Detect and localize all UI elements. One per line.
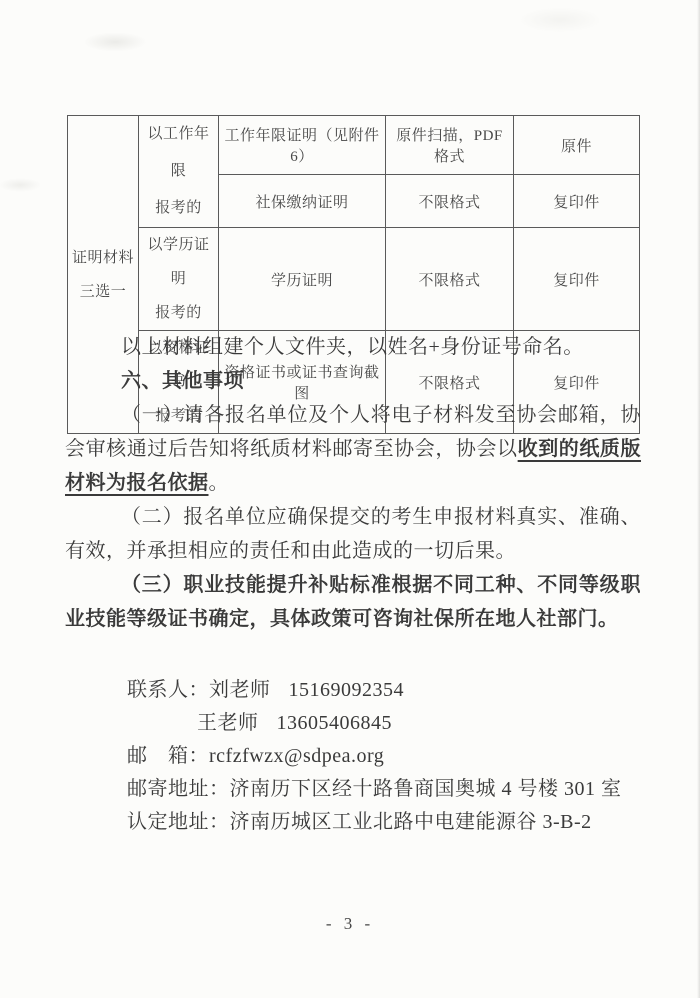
certification-address-line: 认定地址：济南历城区工业北路中电建能源谷 3-B-2 xyxy=(127,806,622,839)
cell-category-education: 以学历证明 报考的 xyxy=(139,228,219,331)
contact-1-name: 刘老师 xyxy=(209,679,271,701)
email-label: 邮 箱： xyxy=(127,745,209,767)
cell-paper-original: 原件 xyxy=(514,116,640,175)
scanned-document-page: 证明材料 三选一 以工作年限 报考的 工作年限证明（见附件 6） 原件扫描，PD… xyxy=(0,0,700,998)
section-heading-other-matters: 六、其他事项 xyxy=(65,364,641,398)
paragraph-folder-naming: 以上材料组建个人文件夹，以姓名+身份证号命名。 xyxy=(65,330,641,364)
certification-address-label: 认定地址： xyxy=(127,811,230,833)
mailing-address-value: 济南历下区经十路鲁商国奥城 4 号楼 301 室 xyxy=(230,778,622,800)
contact-person-line-1: 联系人：刘老师15169092354 xyxy=(127,674,622,707)
mailing-address-label: 邮寄地址： xyxy=(127,778,230,800)
email-line: 邮 箱：rcfzfwzx@sdpea.org xyxy=(127,740,622,773)
item-1-period: 。 xyxy=(209,472,230,494)
email-value: rcfzfwzx@sdpea.org xyxy=(209,745,384,767)
paragraph-item-1: （一）请各报名单位及个人将电子材料发至协会邮箱，协会审核通过后告知将纸质材料邮寄… xyxy=(65,398,641,500)
contact-1-phone: 15169092354 xyxy=(289,679,405,701)
contact-person-label: 联系人： xyxy=(127,679,209,701)
cell-format-pdf-scan: 原件扫描，PDF 格式 xyxy=(386,116,514,175)
cell-material-education-proof: 学历证明 xyxy=(219,228,386,331)
certification-address-value: 济南历城区工业北路中电建能源谷 3-B-2 xyxy=(230,811,592,833)
page-number: - 3 - xyxy=(0,914,700,934)
cell-material-work-years-proof: 工作年限证明（见附件 6） xyxy=(219,116,386,175)
mailing-address-line: 邮寄地址：济南历下区经十路鲁商国奥城 4 号楼 301 室 xyxy=(127,773,622,806)
cell-paper-copy-1: 复印件 xyxy=(514,175,640,228)
cell-format-any-1: 不限格式 xyxy=(386,175,514,228)
cell-paper-copy-2: 复印件 xyxy=(514,228,640,331)
contact-2-name: 王老师 xyxy=(197,712,259,734)
document-body: 以上材料组建个人文件夹，以姓名+身份证号命名。 六、其他事项 （一）请各报名单位… xyxy=(65,330,641,636)
cell-format-any-2: 不限格式 xyxy=(386,228,514,331)
paragraph-item-2: （二）报名单位应确保提交的考生申报材料真实、准确、有效，并承担相应的责任和由此造… xyxy=(65,500,641,568)
cell-material-social-security: 社保缴纳证明 xyxy=(219,175,386,228)
contact-2-phone: 13605406845 xyxy=(277,712,393,734)
contact-block: 联系人：刘老师15169092354 王老师13605406845 邮 箱：rc… xyxy=(127,674,622,839)
contact-person-line-2: 王老师13605406845 xyxy=(127,707,622,740)
cell-category-work-years: 以工作年限 报考的 xyxy=(139,116,219,228)
paragraph-item-3: （三）职业技能提升补贴标准根据不同工种、不同等级职业技能等级证书确定，具体政策可… xyxy=(65,568,641,636)
